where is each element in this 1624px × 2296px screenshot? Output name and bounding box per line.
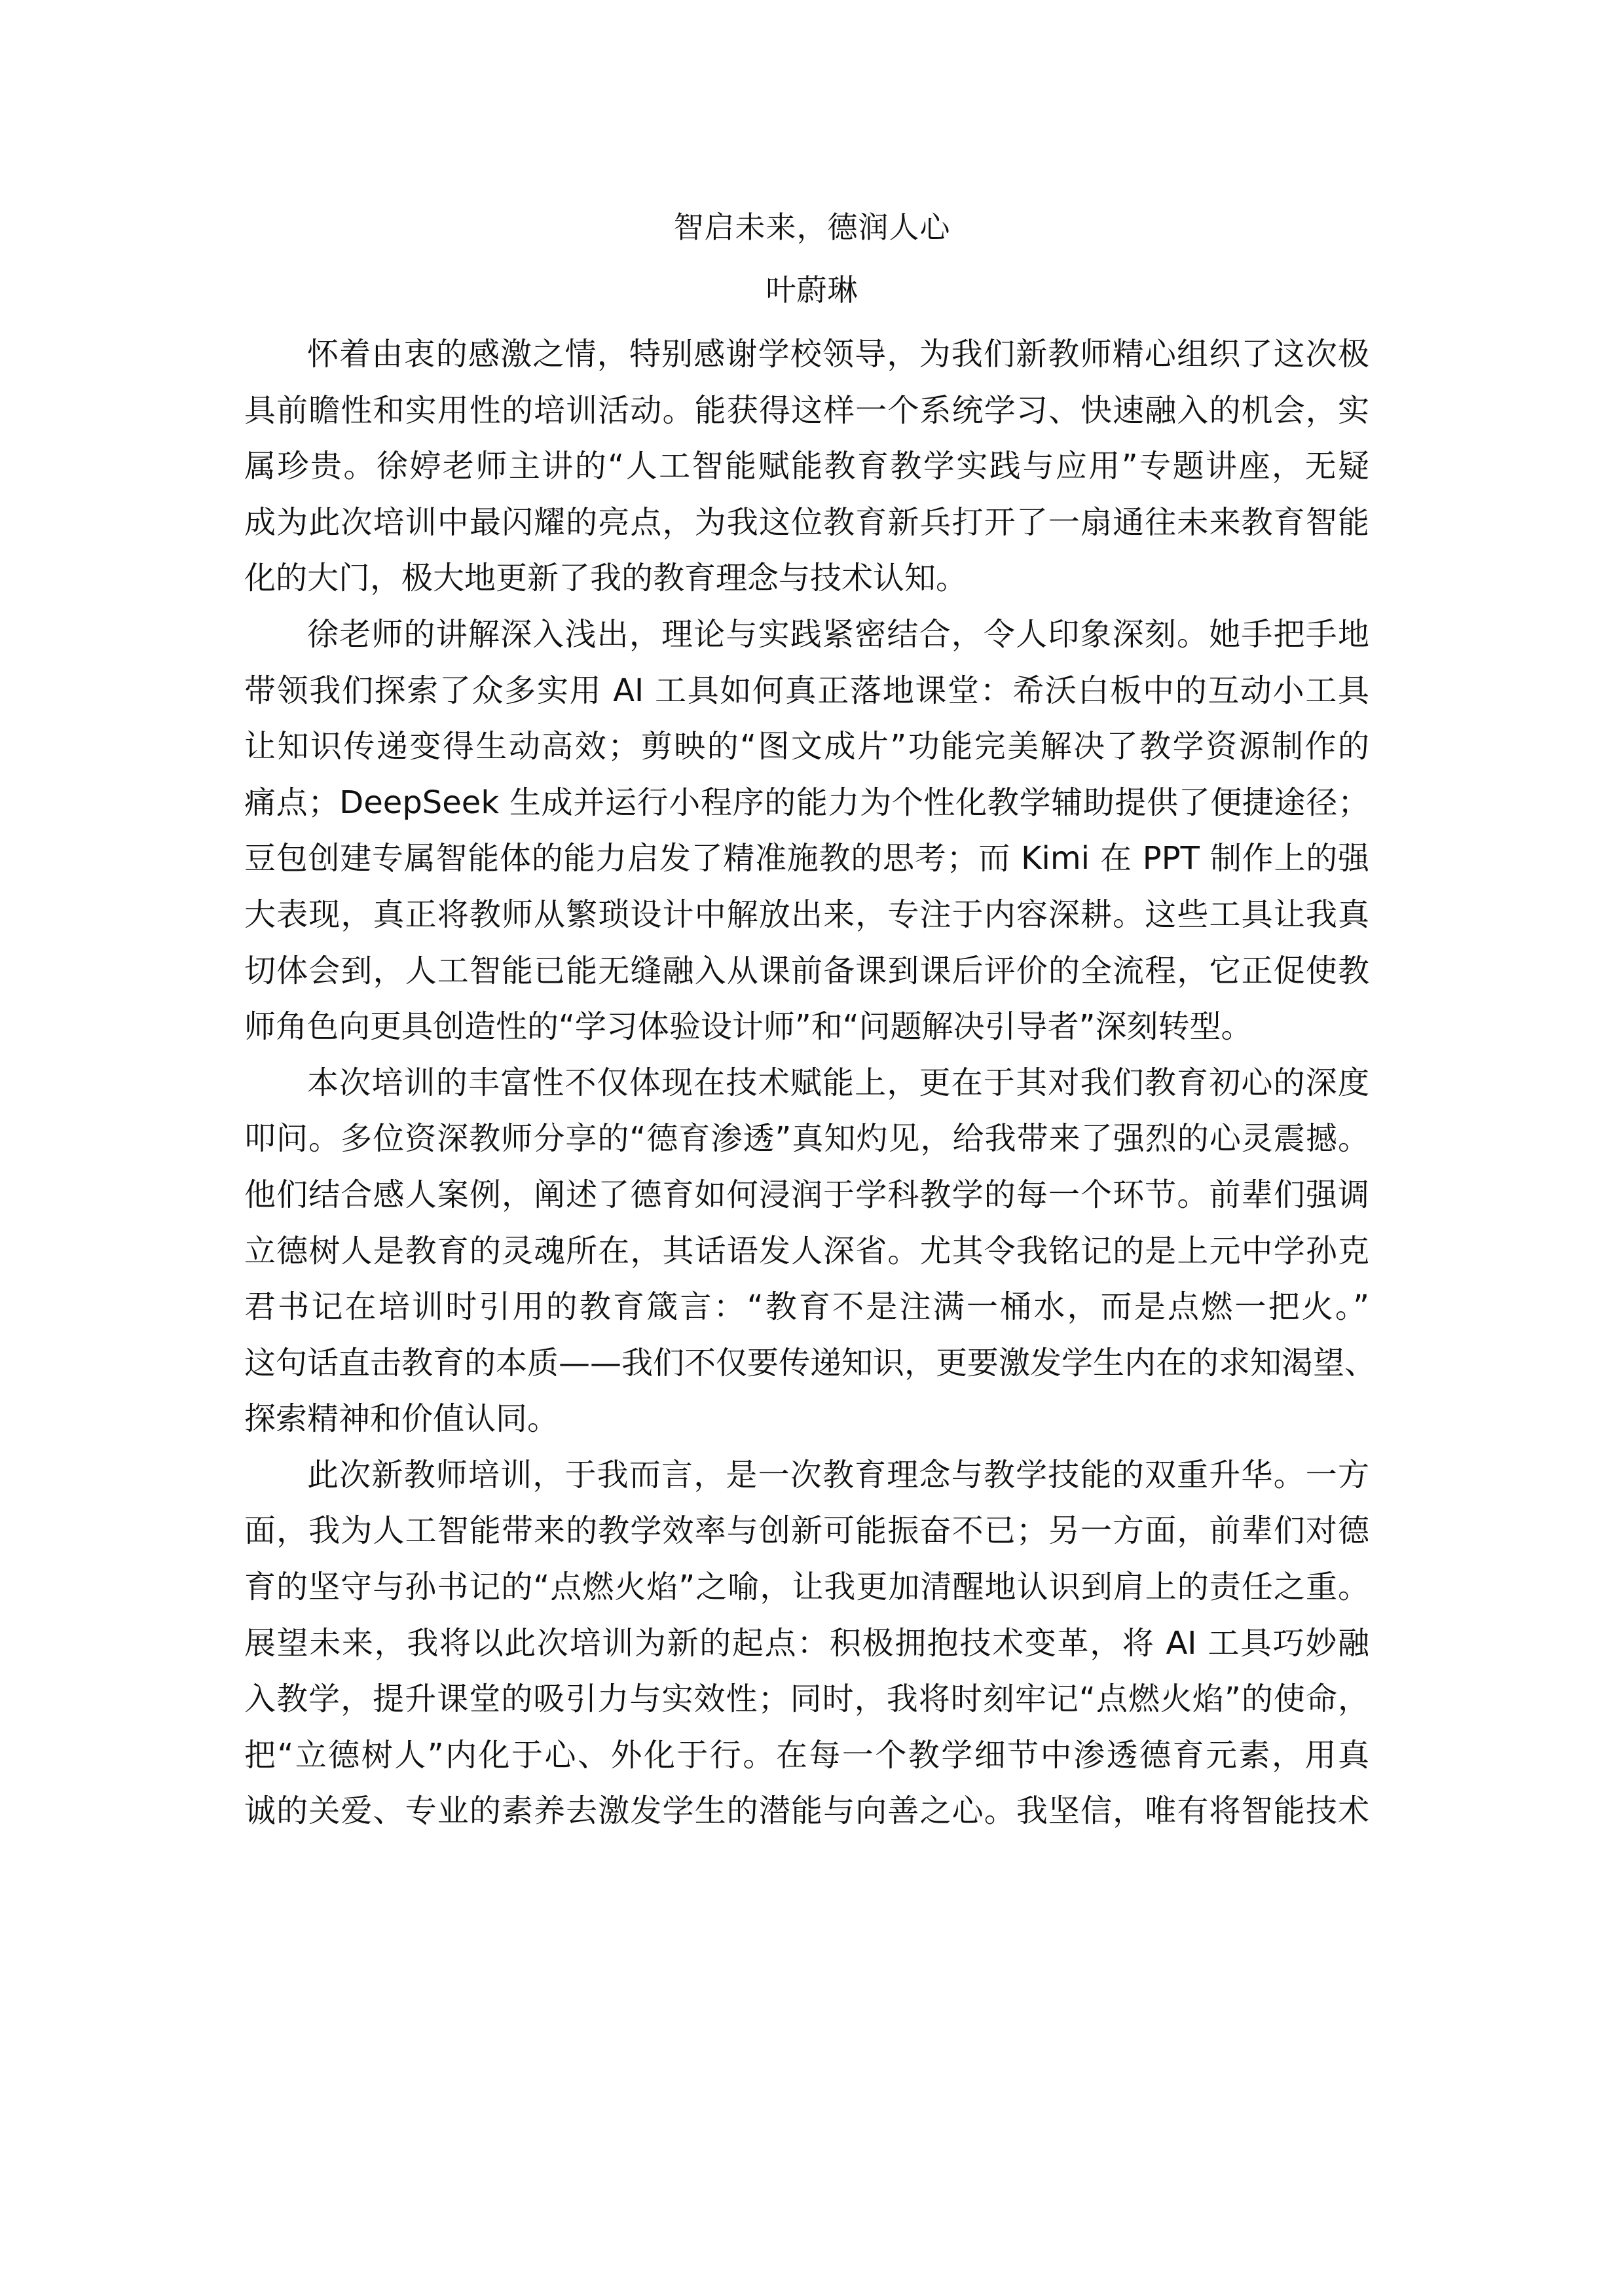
- document-body: 怀着由衷的感激之情，特别感谢学校领导，为我们新教师精心组织了这次极 具前瞻性和实…: [244, 331, 1369, 1844]
- text-line: 属珍贵。徐婷老师主讲的“人工智能赋能教育教学实践与应用”专题讲座，无疑: [244, 443, 1369, 499]
- text-line: 让知识传递变得生动高效；剪映的“图文成片”功能完美解决了教学资源制作的: [244, 723, 1369, 779]
- paragraph-3: 本次培训的丰富性不仅体现在技术赋能上，更在于其对我们教育初心的深度 叩问。多位资…: [244, 1059, 1369, 1451]
- text-line: 展望未来，我将以此次培训为新的起点：积极拥抱技术变革，将 AI 工具巧妙融: [244, 1620, 1369, 1676]
- paragraph-4: 此次新教师培训，于我而言，是一次教育理念与教学技能的双重升华。一方 面，我为人工…: [244, 1451, 1369, 1844]
- text-line: 化的大门，极大地更新了我的教育理念与技术认知。: [244, 555, 1369, 611]
- text-line: 育的坚守与孙书记的“点燃火焰”之喻，让我更加清醒地认识到肩上的责任之重。: [244, 1563, 1369, 1620]
- text-line: 本次培训的丰富性不仅体现在技术赋能上，更在于其对我们教育初心的深度: [244, 1059, 1369, 1116]
- text-line: 面，我为人工智能带来的教学效率与创新可能振奋不已；另一方面，前辈们对德: [244, 1507, 1369, 1563]
- text-line: 立德树人是教育的灵魂所在，其话语发人深省。尤其令我铭记的是上元中学孙克: [244, 1228, 1369, 1284]
- document-title: 智启未来，德润人心: [0, 204, 1624, 250]
- text-line: 入教学，提升课堂的吸引力与实效性；同时，我将时刻牢记“点燃火焰”的使命，: [244, 1675, 1369, 1732]
- document-page: 智启未来，德润人心 叶蔚琳 怀着由衷的感激之情，特别感谢学校领导，为我们新教师精…: [0, 0, 1624, 2296]
- text-line: 切体会到，人工智能已能无缝融入从课前备课到课后评价的全流程，它正促使教: [244, 947, 1369, 1004]
- text-line: 他们结合感人案例，阐述了德育如何浸润于学科教学的每一个环节。前辈们强调: [244, 1171, 1369, 1228]
- text-line: 痛点；DeepSeek 生成并运行小程序的能力为个性化教学辅助提供了便捷途径；: [244, 779, 1369, 835]
- text-line: 带领我们探索了众多实用 AI 工具如何真正落地课堂：希沃白板中的互动小工具: [244, 667, 1369, 723]
- paragraph-1: 怀着由衷的感激之情，特别感谢学校领导，为我们新教师精心组织了这次极 具前瞻性和实…: [244, 331, 1369, 611]
- text-line: 师角色向更具创造性的“学习体验设计师”和“问题解决引导者”深刻转型。: [244, 1003, 1369, 1059]
- document-author: 叶蔚琳: [0, 267, 1624, 313]
- text-line: 诚的关爱、专业的素养去激发学生的潜能与向善之心。我坚信，唯有将智能技术: [244, 1787, 1369, 1844]
- paragraph-2: 徐老师的讲解深入浅出，理论与实践紧密结合，令人印象深刻。她手把手地 带领我们探索…: [244, 611, 1369, 1059]
- text-line: 探索精神和价值认同。: [244, 1395, 1369, 1451]
- text-line: 徐老师的讲解深入浅出，理论与实践紧密结合，令人印象深刻。她手把手地: [244, 611, 1369, 667]
- text-line: 叩问。多位资深教师分享的“德育渗透”真知灼见，给我带来了强烈的心灵震撼。: [244, 1115, 1369, 1171]
- text-line: 大表现，真正将教师从繁琐设计中解放出来，专注于内容深耕。这些工具让我真: [244, 891, 1369, 947]
- text-line: 把“立德树人”内化于心、外化于行。在每一个教学细节中渗透德育元素，用真: [244, 1732, 1369, 1788]
- text-line: 豆包创建专属智能体的能力启发了精准施教的思考；而 Kimi 在 PPT 制作上的…: [244, 835, 1369, 891]
- text-line: 君书记在培训时引用的教育箴言：“教育不是注满一桶水，而是点燃一把火。”: [244, 1283, 1369, 1339]
- text-line: 具前瞻性和实用性的培训活动。能获得这样一个系统学习、快速融入的机会，实: [244, 387, 1369, 443]
- text-line: 怀着由衷的感激之情，特别感谢学校领导，为我们新教师精心组织了这次极: [244, 331, 1369, 387]
- text-line: 这句话直击教育的本质——我们不仅要传递知识，更要激发学生内在的求知渴望、: [244, 1339, 1369, 1396]
- text-line: 此次新教师培训，于我而言，是一次教育理念与教学技能的双重升华。一方: [244, 1451, 1369, 1508]
- text-line: 成为此次培训中最闪耀的亮点，为我这位教育新兵打开了一扇通往未来教育智能: [244, 499, 1369, 555]
